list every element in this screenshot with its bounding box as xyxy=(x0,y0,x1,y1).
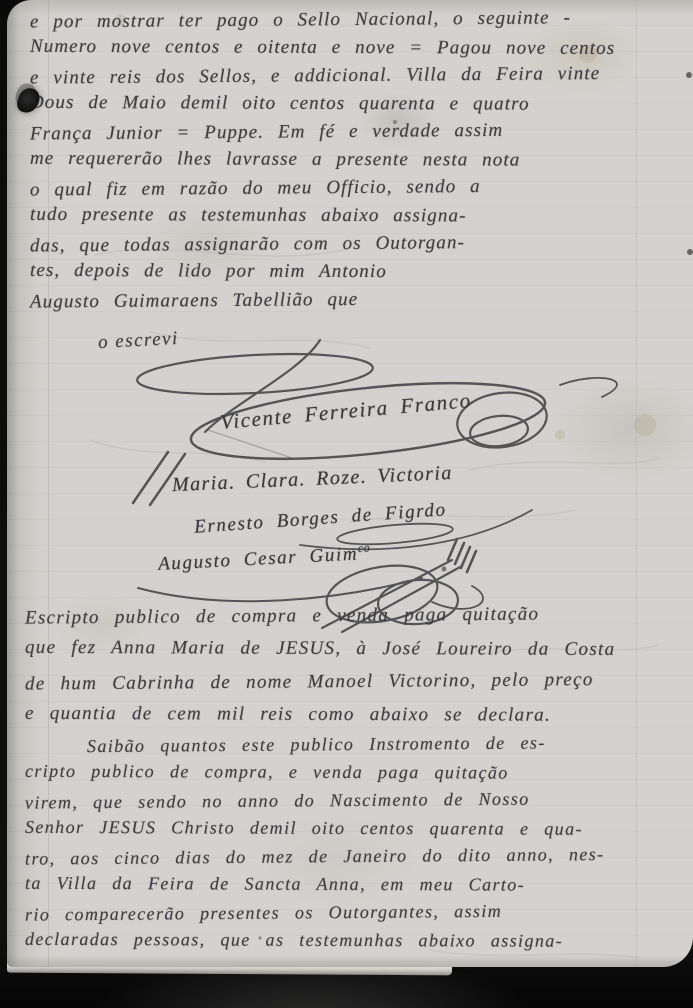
manuscript-line: Numero nove centos e oitenta e nove = Pa… xyxy=(30,33,678,63)
manuscript-line: que fez Anna Maria de JESUS, à José Lour… xyxy=(25,631,685,666)
manuscript-line: das, que todas assignarão com os Outorga… xyxy=(30,227,678,260)
manuscript-line: tro, aos cinco dias do mez de Janeiro do… xyxy=(25,839,687,872)
manuscript-line: e quantia de cem mil reis como abaixo se… xyxy=(25,697,685,732)
manuscript-line: tes, depois de lido por mim Antonio xyxy=(30,257,678,287)
closing-phrase: o escrevi xyxy=(97,328,179,354)
manuscript-line: me requererão lhes lavrasse a presente n… xyxy=(30,145,678,175)
manuscript-line: rio comparecerão presentes os Outorgante… xyxy=(25,895,687,928)
manuscript-line: Senhor JESUS Christo demil oito centos q… xyxy=(25,813,687,843)
manuscript-line: cripto publico de compra, e venda paga q… xyxy=(25,757,687,787)
scanned-manuscript-page: { "page": { "background_color": "#0a0a0a… xyxy=(0,0,693,1008)
manuscript-line: Dous de Maio demil oito centos quarenta … xyxy=(30,89,678,119)
manuscript-line: e vinte reis dos Sellos, e addicional. V… xyxy=(30,59,678,92)
signature-superscript: co xyxy=(357,540,370,555)
closing-paragraph: e por mostrar ter pago o Sello Nacional,… xyxy=(30,6,678,314)
deed-summary-paragraph: Escripto publico de compra e venda paga … xyxy=(25,599,685,731)
manuscript-line: França Junior = Puppe. Em fé e verdade a… xyxy=(30,115,678,148)
manuscript-line: de hum Cabrinha de nome Manoel Victorino… xyxy=(25,662,685,700)
manuscript-line: virem, que sendo no anno do Nascimento d… xyxy=(25,783,687,816)
manuscript-line: Escripto publico de compra e venda paga … xyxy=(25,596,685,634)
manuscript-line: tudo presente as testemunhas abaixo assi… xyxy=(30,201,678,231)
manuscript-line: Augusto Guimaraens Tabellião que xyxy=(30,283,678,316)
manuscript-line: ta Villa da Feira de Sancta Anna, em meu… xyxy=(25,869,687,899)
manuscript-line: Saibão quantos este publico Instromento … xyxy=(25,727,687,760)
manuscript-line: e por mostrar ter pago o Sello Nacional,… xyxy=(30,3,678,36)
manuscript-line: declaradas pessoas, que as testemunhas a… xyxy=(25,925,687,955)
deed-body-paragraph: Saibão quantos este publico Instromento … xyxy=(25,730,687,954)
manuscript-line: o qual fiz em razão do meu Officio, send… xyxy=(30,171,678,204)
